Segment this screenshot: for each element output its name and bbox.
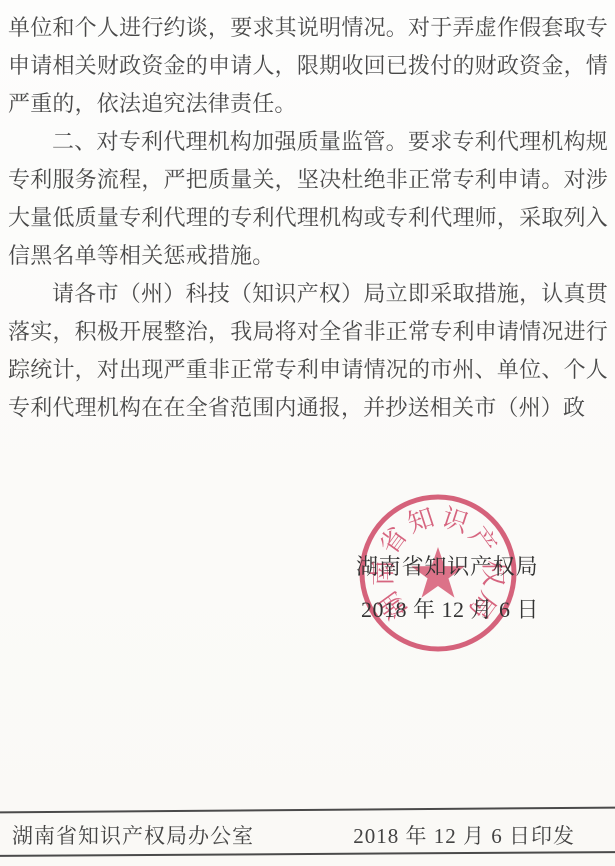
footer-print-date: 2018 年 12 月 6 日印发 bbox=[353, 820, 575, 850]
seal-ring-char: 知 bbox=[404, 503, 438, 539]
body-line: 专利服务流程，严把质量关，坚决杜绝非正常专利申请。对涉嫌 bbox=[8, 161, 608, 199]
footer-top-rule bbox=[0, 807, 615, 814]
body-line: 严重的，依法追究法律责任。 bbox=[8, 85, 608, 123]
footer-issuer: 湖南省知识产权局办公室 bbox=[12, 820, 254, 850]
body-line: 单位和个人进行约谈，要求其说明情况。对于弄虚作假套取专利 bbox=[8, 9, 608, 47]
body-line: 专利代理机构在在全省范围内通报，并抄送相关市（州）政府。 bbox=[8, 389, 608, 427]
footer-bottom-rule bbox=[0, 851, 615, 857]
seal-ring-char: 识 bbox=[438, 503, 473, 539]
signature-date: 2018 年 12 月 6 日 bbox=[361, 593, 539, 624]
body-line: 大量低质量专利代理的专利代理机构或专利代理师，采取列入失 bbox=[8, 199, 608, 237]
footer: 湖南省知识产权局办公室 2018 年 12 月 6 日印发 bbox=[12, 820, 575, 850]
body-line: 申请相关财政资金的申请人，限期收回已拨付的财政资金，情节 bbox=[8, 47, 608, 85]
body-line: 踪统计，对出现严重非正常专利申请情况的市州、单位、个人及 bbox=[8, 351, 608, 389]
body-line: 信黑名单等相关惩戒措施。 bbox=[8, 237, 608, 275]
document-page: 单位和个人进行约谈，要求其说明情况。对于弄虚作假套取专利 申请相关财政资金的申请… bbox=[0, 0, 615, 866]
body-line: 二、对专利代理机构加强质量监管。要求专利代理机构规范 bbox=[8, 123, 608, 161]
body-line: 请各市（州）科技（知识产权）局立即采取措施，认真贯彻 bbox=[8, 275, 608, 313]
body-line: 落实，积极开展整治，我局将对全省非正常专利申请情况进行跟 bbox=[8, 313, 608, 351]
document-body: 单位和个人进行约谈，要求其说明情况。对于弄虚作假套取专利 申请相关财政资金的申请… bbox=[8, 9, 608, 427]
signature-org: 湖南省知识产权局 bbox=[356, 550, 538, 581]
